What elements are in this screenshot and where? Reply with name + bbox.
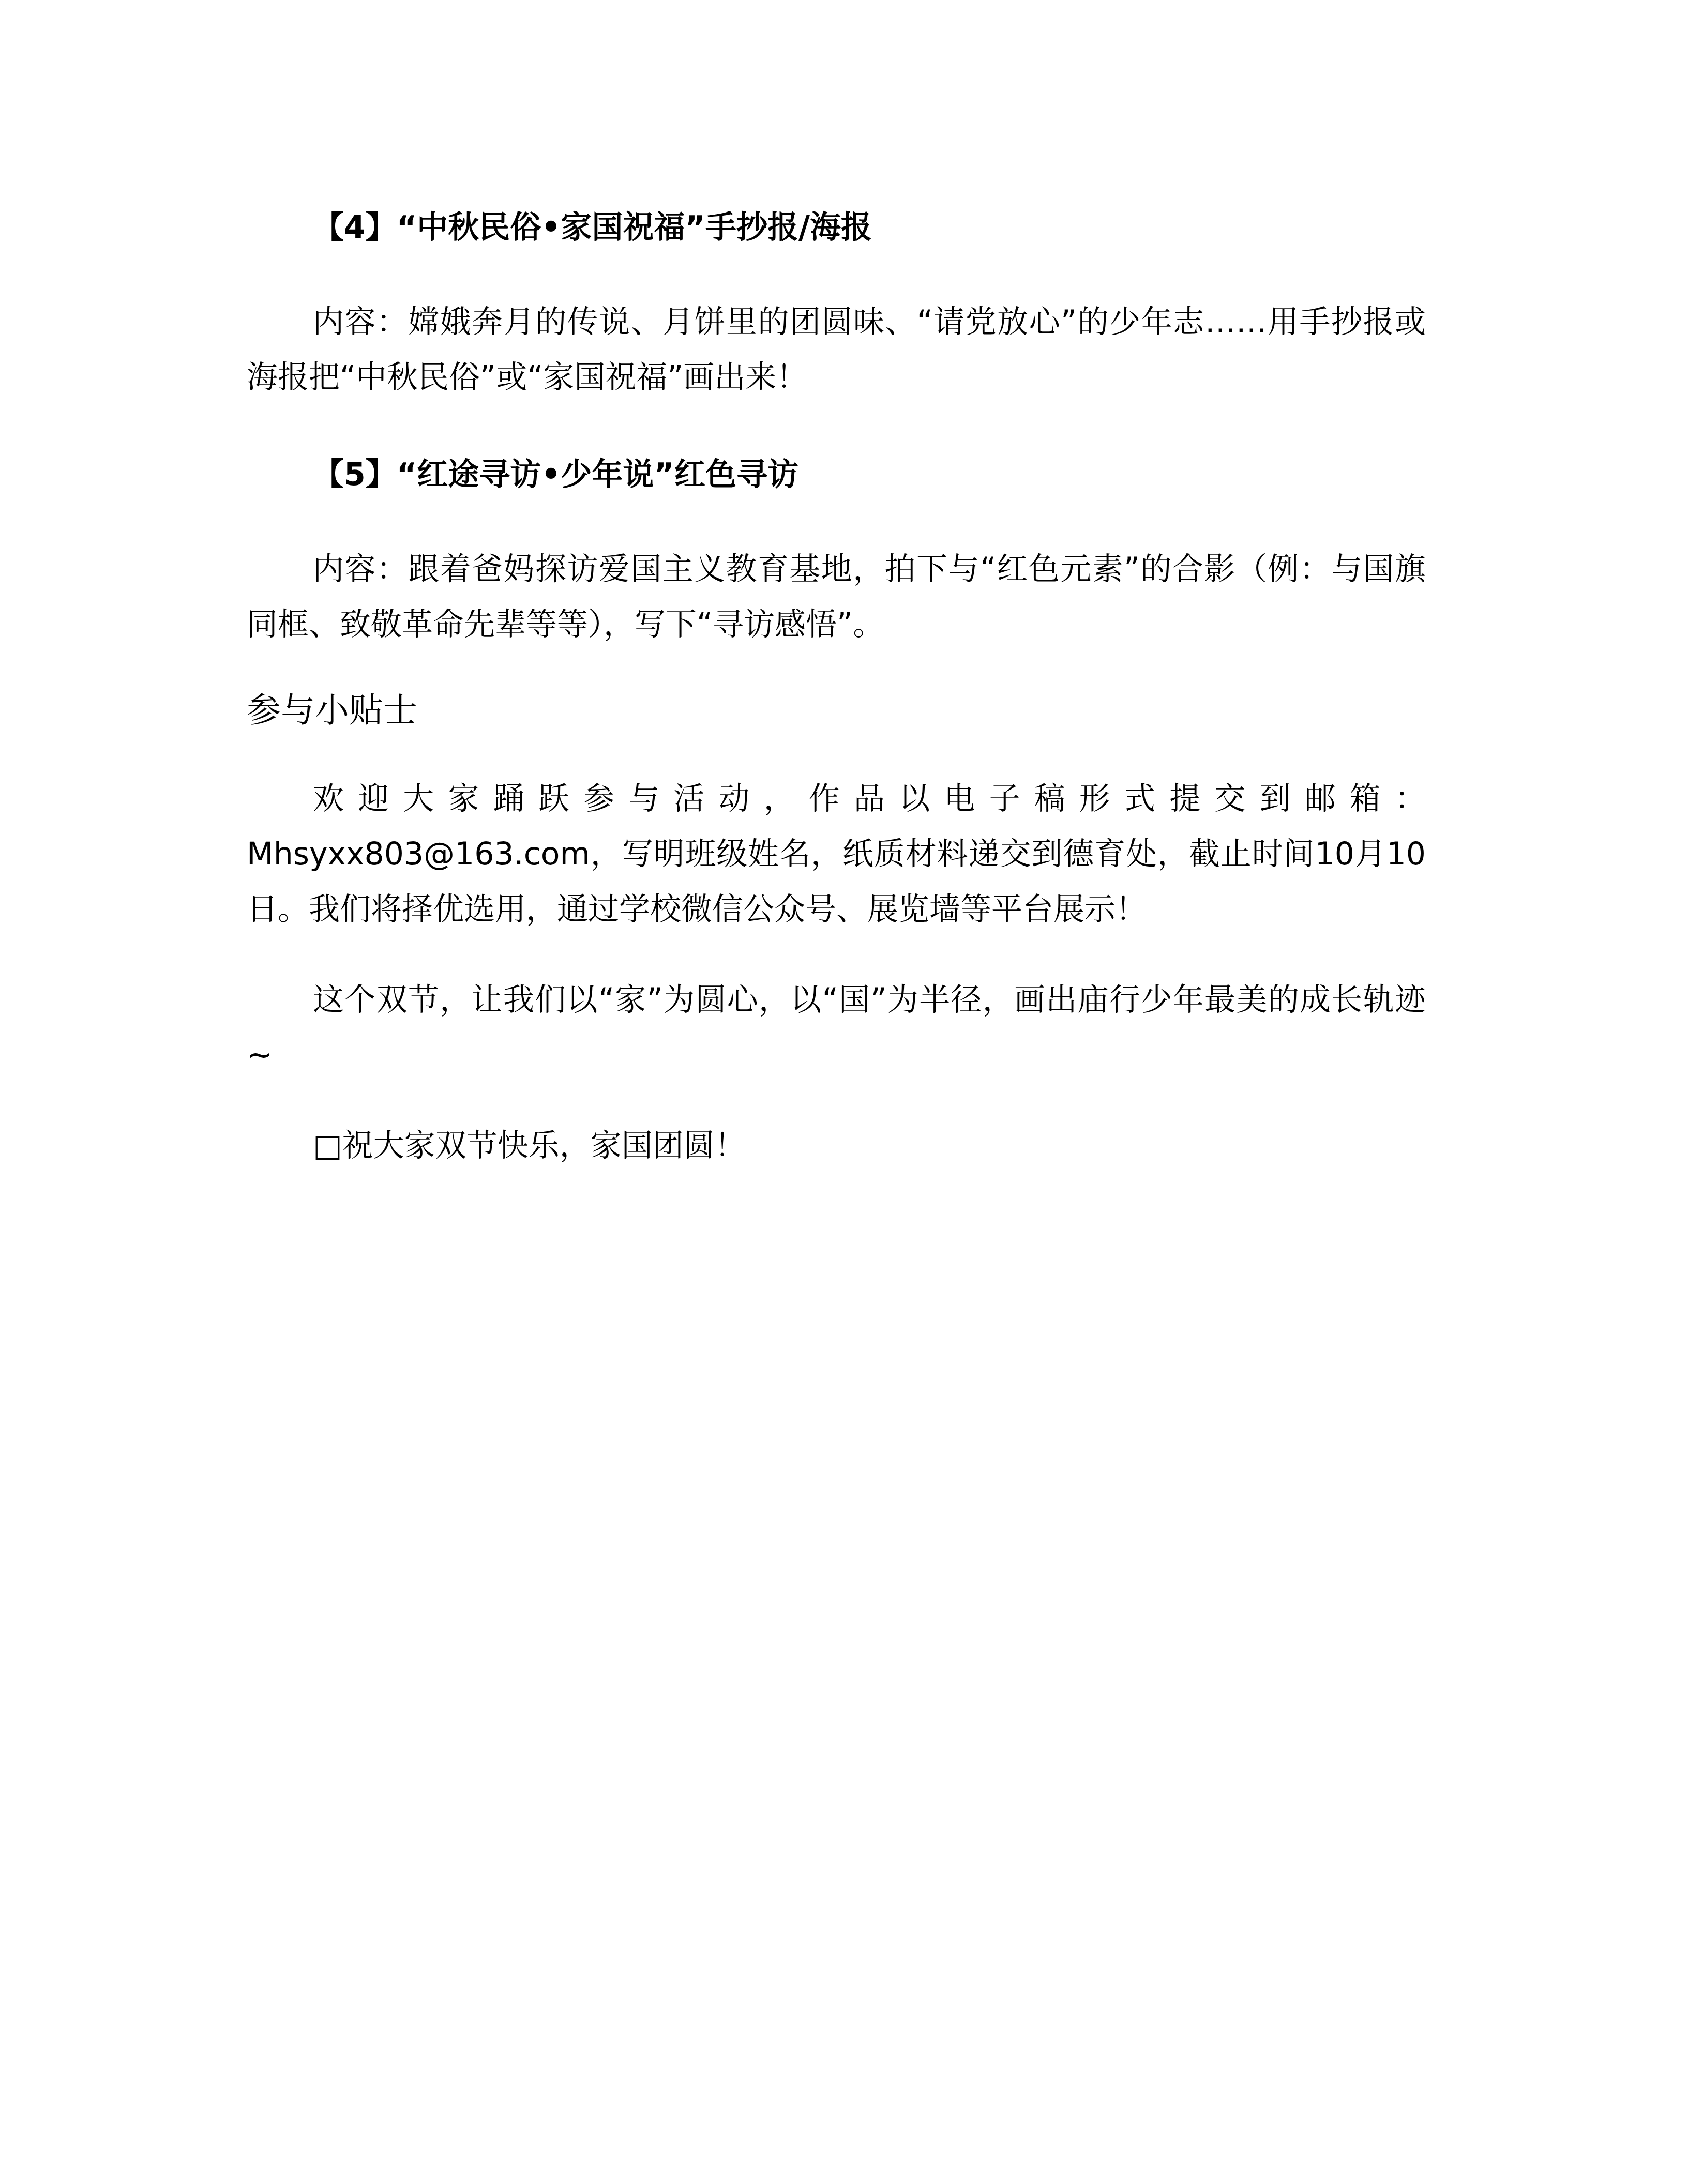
document-content: 【4】“中秋民俗•家国祝福”手抄报/海报 内容：嫦娥奔月的传说、月饼里的团圆味、…: [247, 202, 1426, 1174]
item-5-heading: 【5】“红途寻访•少年说”红色寻访: [247, 449, 1426, 501]
item-5-content: 内容：跟着爸妈探访爱国主义教育基地，拍下与“红色元素”的合影（例：与国旗同框、致…: [247, 542, 1426, 653]
item-4-heading: 【4】“中秋民俗•家国祝福”手抄报/海报: [247, 202, 1426, 253]
tips-paragraph-submission: 欢迎大家踊跃参与活动，作品以电子稿形式提交到邮箱：Mhsyxx803@163.c…: [247, 771, 1426, 937]
tips-section-title: 参与小贴士: [247, 685, 1426, 736]
document-page: 【4】“中秋民俗•家国祝福”手抄报/海报 内容：嫦娥奔月的传说、月饼里的团圆味、…: [0, 0, 1688, 2184]
tips-paragraph-greeting: □祝大家双节快乐，家国团圆！: [247, 1118, 1426, 1174]
tips-paragraph-closing: 这个双节，让我们以“家”为圆心，以“国”为半径，画出庙行少年最美的成长轨迹~: [247, 973, 1426, 1083]
item-4-content: 内容：嫦娥奔月的传说、月饼里的团圆味、“请党放心”的少年志……用手抄报或海报把“…: [247, 295, 1426, 405]
